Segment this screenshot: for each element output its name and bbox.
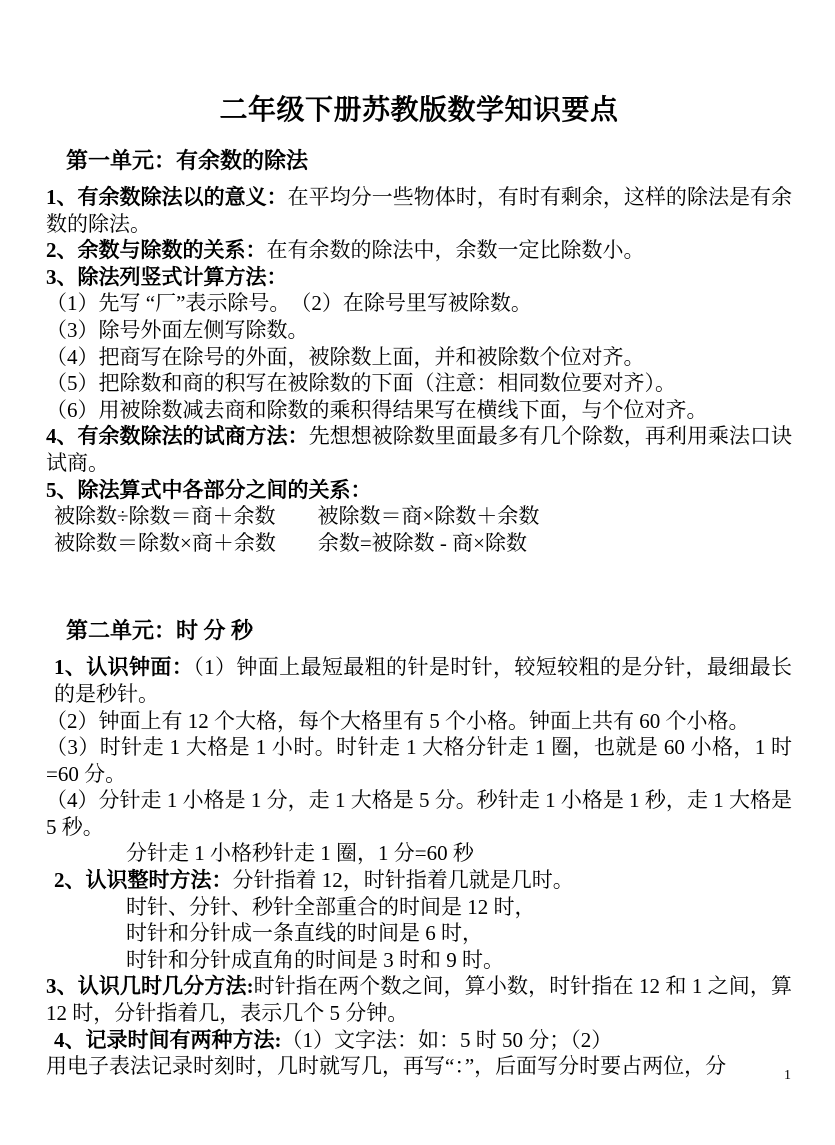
paragraph-lead: 4、记录时间有两种方法: — [54, 1028, 282, 1052]
paragraph-text: 时针和分针成一条直线的时间是 6 时， — [126, 921, 483, 945]
section-1: 第一单元：有余数的除法 1、有余数除法以的意义：在平均分一些物体时，有时有剩余，… — [46, 144, 792, 556]
paragraph-lead: 3、除法列竖式计算方法： — [46, 265, 288, 289]
indented-note: 时针和分针成一条直线的时间是 6 时， — [46, 920, 792, 947]
paragraph-lead: 4、有余数除法的试商方法： — [46, 424, 309, 448]
paragraph-text: 用电子表法记录时刻时，几时就写几，再写“：”，后面写分时要占两位，分 — [46, 1054, 726, 1078]
paragraph: （4）分针走 1 小格是 1 分，走 1 大格是 5 分。秒针走 1 小格是 1… — [46, 787, 792, 840]
paragraph: （6）用被除数减去商和除数的乘积得结果写在横线下面，与个位对齐。 — [46, 397, 792, 424]
paragraph-text: 时针和分针成直角的时间是 3 时和 9 时。 — [126, 948, 504, 972]
paragraph-text: 分针走 1 小格秒针走 1 圈，1 分=60 秒 — [126, 841, 474, 865]
paragraph: 4、记录时间有两种方法:（1）文字法：如：5 时 50 分；（2） — [46, 1027, 792, 1054]
paragraph: 1、有余数除法以的意义：在平均分一些物体时，有时有剩余，这样的除法是有余数的除法… — [46, 184, 792, 237]
paragraph-text: （3）除号外面左侧写除数。 — [46, 318, 309, 342]
paragraph: （5）把除数和商的积写在被除数的下面（注意：相同数位要对齐）。 — [46, 370, 792, 397]
paragraph: 5、除法算式中各部分之间的关系： — [46, 477, 792, 504]
paragraph-lead: 2、余数与除数的关系： — [46, 238, 267, 262]
paragraph-text: 在有余数的除法中，余数一定比除数小。 — [267, 238, 645, 262]
paragraph-lead: 2、认识整时方法： — [54, 868, 233, 892]
paragraph-lead: 5、除法算式中各部分之间的关系： — [46, 478, 372, 502]
paragraph-lead: 3、认识几时几分方法: — [46, 974, 254, 998]
paragraph-text: （1）文字法：如：5 时 50 分；（2） — [282, 1028, 613, 1052]
indented-note: 时针和分针成直角的时间是 3 时和 9 时。 — [46, 947, 792, 974]
paragraph-text: 被除数＝除数×商＋余数 余数=被除数 - 商×除数 — [54, 531, 527, 555]
paragraph-lead: 1、认识钟面： — [54, 655, 193, 679]
paragraph-text: （4）把商写在除号的外面，被除数上面，并和被除数个位对齐。 — [46, 345, 645, 369]
section-2-heading: 第二单元：时 分 秒 — [46, 614, 792, 645]
formula-line: 被除数＝除数×商＋余数 余数=被除数 - 商×除数 — [46, 530, 792, 557]
document-title: 二年级下册苏教版数学知识要点 — [46, 88, 792, 128]
paragraph: 3、认识几时几分方法:时针指在两个数之间，算小数，时针指在 12 和 1 之间，… — [46, 973, 792, 1026]
section-2: 第二单元：时 分 秒 1、认识钟面：（1）钟面上最短最粗的针是时针，较短较粗的是… — [46, 614, 792, 1080]
paragraph: 2、认识整时方法：分针指着 12，时针指着几就是几时。 — [46, 867, 792, 894]
section-1-heading: 第一单元：有余数的除法 — [46, 144, 792, 175]
paragraph: 3、除法列竖式计算方法： — [46, 264, 792, 291]
paragraph: （4）把商写在除号的外面，被除数上面，并和被除数个位对齐。 — [46, 344, 792, 371]
paragraph-text: （1）先写 “厂”表示除号。 （2）在除号里写被除数。 — [46, 291, 532, 315]
paragraph-text: 被除数÷除数＝商＋余数 被除数＝商×除数＋余数 — [54, 504, 539, 528]
paragraph: 用电子表法记录时刻时，几时就写几，再写“：”，后面写分时要占两位，分 — [46, 1053, 792, 1080]
paragraph-text: （5）把除数和商的积写在被除数的下面（注意：相同数位要对齐）。 — [46, 371, 676, 395]
paragraph: （3）时针走 1 大格是 1 小时。时针走 1 大格分针走 1 圈，也就是 60… — [46, 734, 792, 787]
paragraph-text: 分针指着 12，时针指着几就是几时。 — [233, 868, 574, 892]
paragraph: 4、有余数除法的试商方法：先想想被除数里面最多有几个除数，再利用乘法口诀试商。 — [46, 423, 792, 476]
paragraph-text: （2）钟面上有 12 个大格，每个大格里有 5 个小格。钟面上共有 60 个小格… — [46, 709, 750, 733]
paragraph-text: （4）分针走 1 小格是 1 分，走 1 大格是 5 分。秒针走 1 小格是 1… — [46, 788, 792, 839]
page-number: 1 — [784, 1069, 791, 1083]
paragraph: （1）先写 “厂”表示除号。 （2）在除号里写被除数。 — [46, 290, 792, 317]
paragraph: 1、认识钟面：（1）钟面上最短最粗的针是时针，较短较粗的是分针，最细最长的是秒针… — [46, 654, 792, 707]
paragraph: （2）钟面上有 12 个大格，每个大格里有 5 个小格。钟面上共有 60 个小格… — [46, 708, 792, 735]
paragraph: （3）除号外面左侧写除数。 — [46, 317, 792, 344]
document-content: 二年级下册苏教版数学知识要点 第一单元：有余数的除法 1、有余数除法以的意义：在… — [0, 0, 835, 1080]
formula-line: 被除数÷除数＝商＋余数 被除数＝商×除数＋余数 — [46, 503, 792, 530]
paragraph-text: （3）时针走 1 大格是 1 小时。时针走 1 大格分针走 1 圈，也就是 60… — [46, 735, 792, 786]
indented-note: 时针、分针、秒针全部重合的时间是 12 时， — [46, 894, 792, 921]
paragraph-text: 时针、分针、秒针全部重合的时间是 12 时， — [126, 895, 536, 919]
document-page: 二年级下册苏教版数学知识要点 第一单元：有余数的除法 1、有余数除法以的意义：在… — [0, 0, 835, 1145]
paragraph-lead: 1、有余数除法以的意义： — [46, 185, 288, 209]
indented-note: 分针走 1 小格秒针走 1 圈，1 分=60 秒 — [46, 840, 792, 867]
paragraph-text: （6）用被除数减去商和除数的乘积得结果写在横线下面，与个位对齐。 — [46, 398, 708, 422]
paragraph: 2、余数与除数的关系：在有余数的除法中，余数一定比除数小。 — [46, 237, 792, 264]
